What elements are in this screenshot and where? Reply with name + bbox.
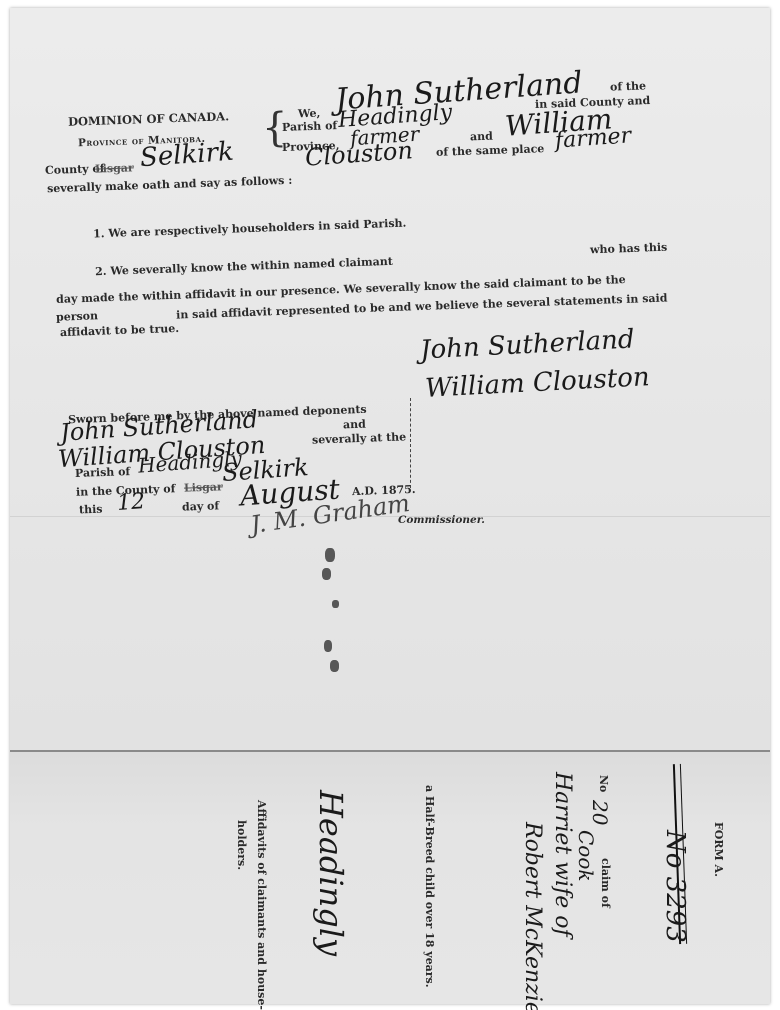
claimant-handwritten-1: Cook: [574, 830, 598, 882]
claim-of-label: claim of: [599, 858, 612, 908]
and-label: and: [470, 130, 493, 144]
jurat-divider: [410, 398, 411, 488]
ink-smudge: [325, 548, 335, 562]
day-of-label: day of: [182, 499, 220, 513]
half-breed-line: a Half-Breed child over 18 years.: [423, 785, 436, 988]
ink-smudge: [330, 660, 339, 672]
county-struck-text: Lisgar: [95, 161, 134, 175]
this-label: this: [79, 503, 103, 517]
affidavits-line-1: Affidavits of claimants and house-: [255, 800, 268, 1010]
docket-parish-handwritten: Headingly: [312, 790, 350, 956]
form-label: FORM A.: [712, 822, 725, 877]
jurat-and-label: and: [343, 418, 366, 432]
occupation-2-handwritten: farmer: [554, 123, 632, 153]
form-number-handwritten: No 3293: [660, 830, 690, 943]
jurat-parish-label: Parish of: [75, 465, 131, 480]
ink-smudge: [332, 600, 339, 608]
claimant-handwritten-3: Robert McKenzie: [520, 822, 545, 1010]
ink-smudge: [324, 640, 332, 652]
parish-label: Parish of: [282, 119, 338, 134]
no-label: No: [597, 775, 610, 792]
claimant-handwritten-2: Harriet wife of: [550, 772, 575, 937]
of-the-label: of the: [610, 79, 646, 93]
clause-2-person-label: person: [56, 309, 98, 323]
day-number-handwritten: 12: [116, 489, 146, 516]
docket-panel: [10, 752, 770, 1004]
affidavits-line-2: holders.: [235, 820, 248, 870]
ink-smudge: [322, 568, 331, 580]
we-label: We,: [298, 107, 321, 121]
clause-2-line-b: who has this: [590, 241, 668, 257]
jurat-county-struck: Lisgar: [184, 480, 223, 494]
no-value-handwritten: 20: [588, 800, 612, 825]
commissioner-label: Commissioner.: [398, 514, 485, 526]
